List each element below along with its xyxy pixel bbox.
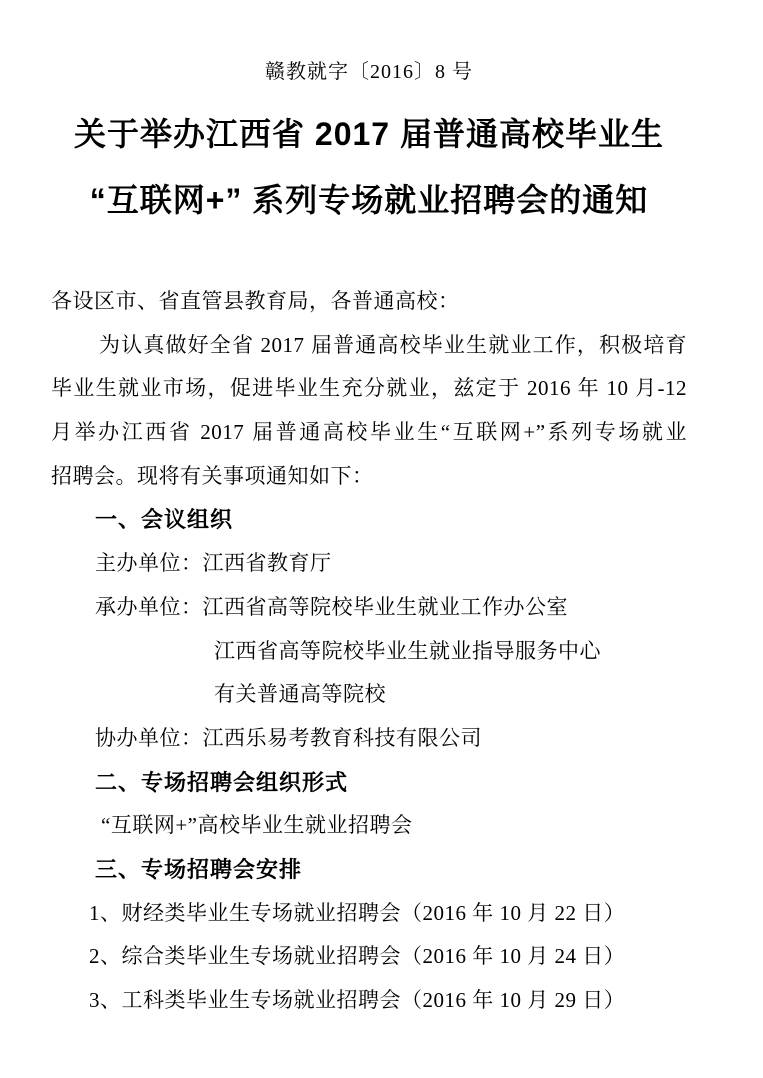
organizer-unit-line-2: 江西省高等院校毕业生就业指导服务中心 [51, 630, 687, 674]
document-page: 赣教就字〔2016〕8 号 关于举办江西省 2017 届普通高校毕业生 “互联网… [0, 0, 763, 1078]
schedule-item-3: 3、工科类毕业生专场就业招聘会（2016 年 10 月 29 日） [51, 979, 687, 1023]
intro-line-4: 招聘会。现将有关事项通知如下： [51, 455, 687, 499]
document-body: 各设区市、省直管县教育局，各普通高校： 为认真做好全省 2017 届普通高校毕业… [51, 280, 687, 1023]
fair-format-line: “互联网+”高校毕业生就业招聘会 [51, 804, 687, 848]
intro-line-3: 月举办江西省 2017 届普通高校毕业生“互联网+”系列专场就业 [51, 411, 687, 455]
co-organizer-unit-line: 协办单位：江西乐易考教育科技有限公司 [51, 717, 687, 761]
schedule-item-1: 1、财经类毕业生专场就业招聘会（2016 年 10 月 22 日） [51, 892, 687, 936]
document-content: 赣教就字〔2016〕8 号 关于举办江西省 2017 届普通高校毕业生 “互联网… [51, 58, 687, 1023]
host-unit-line: 主办单位：江西省教育厅 [51, 542, 687, 586]
intro-line-1: 为认真做好全省 2017 届普通高校毕业生就业工作，积极培育 [51, 324, 687, 368]
salutation-line: 各设区市、省直管县教育局，各普通高校： [51, 280, 687, 324]
document-title-line-1: 关于举办江西省 2017 届普通高校毕业生 [51, 101, 687, 167]
document-title: 关于举办江西省 2017 届普通高校毕业生 “互联网+” 系列专场就业招聘会的通… [51, 101, 687, 233]
schedule-item-2: 2、综合类毕业生专场就业招聘会（2016 年 10 月 24 日） [51, 935, 687, 979]
section-1-heading: 一、会议组织 [51, 498, 687, 542]
intro-line-2: 毕业生就业市场，促进毕业生充分就业，兹定于 2016 年 10 月-12 [51, 367, 687, 411]
section-2-heading: 二、专场招聘会组织形式 [51, 761, 687, 805]
doc-number: 赣教就字〔2016〕8 号 [51, 58, 687, 86]
organizer-unit-line-1: 承办单位：江西省高等院校毕业生就业工作办公室 [51, 586, 687, 630]
document-title-line-2: “互联网+” 系列专场就业招聘会的通知 [51, 167, 687, 233]
section-3-heading: 三、专场招聘会安排 [51, 848, 687, 892]
organizer-unit-line-3: 有关普通高等院校 [51, 673, 687, 717]
